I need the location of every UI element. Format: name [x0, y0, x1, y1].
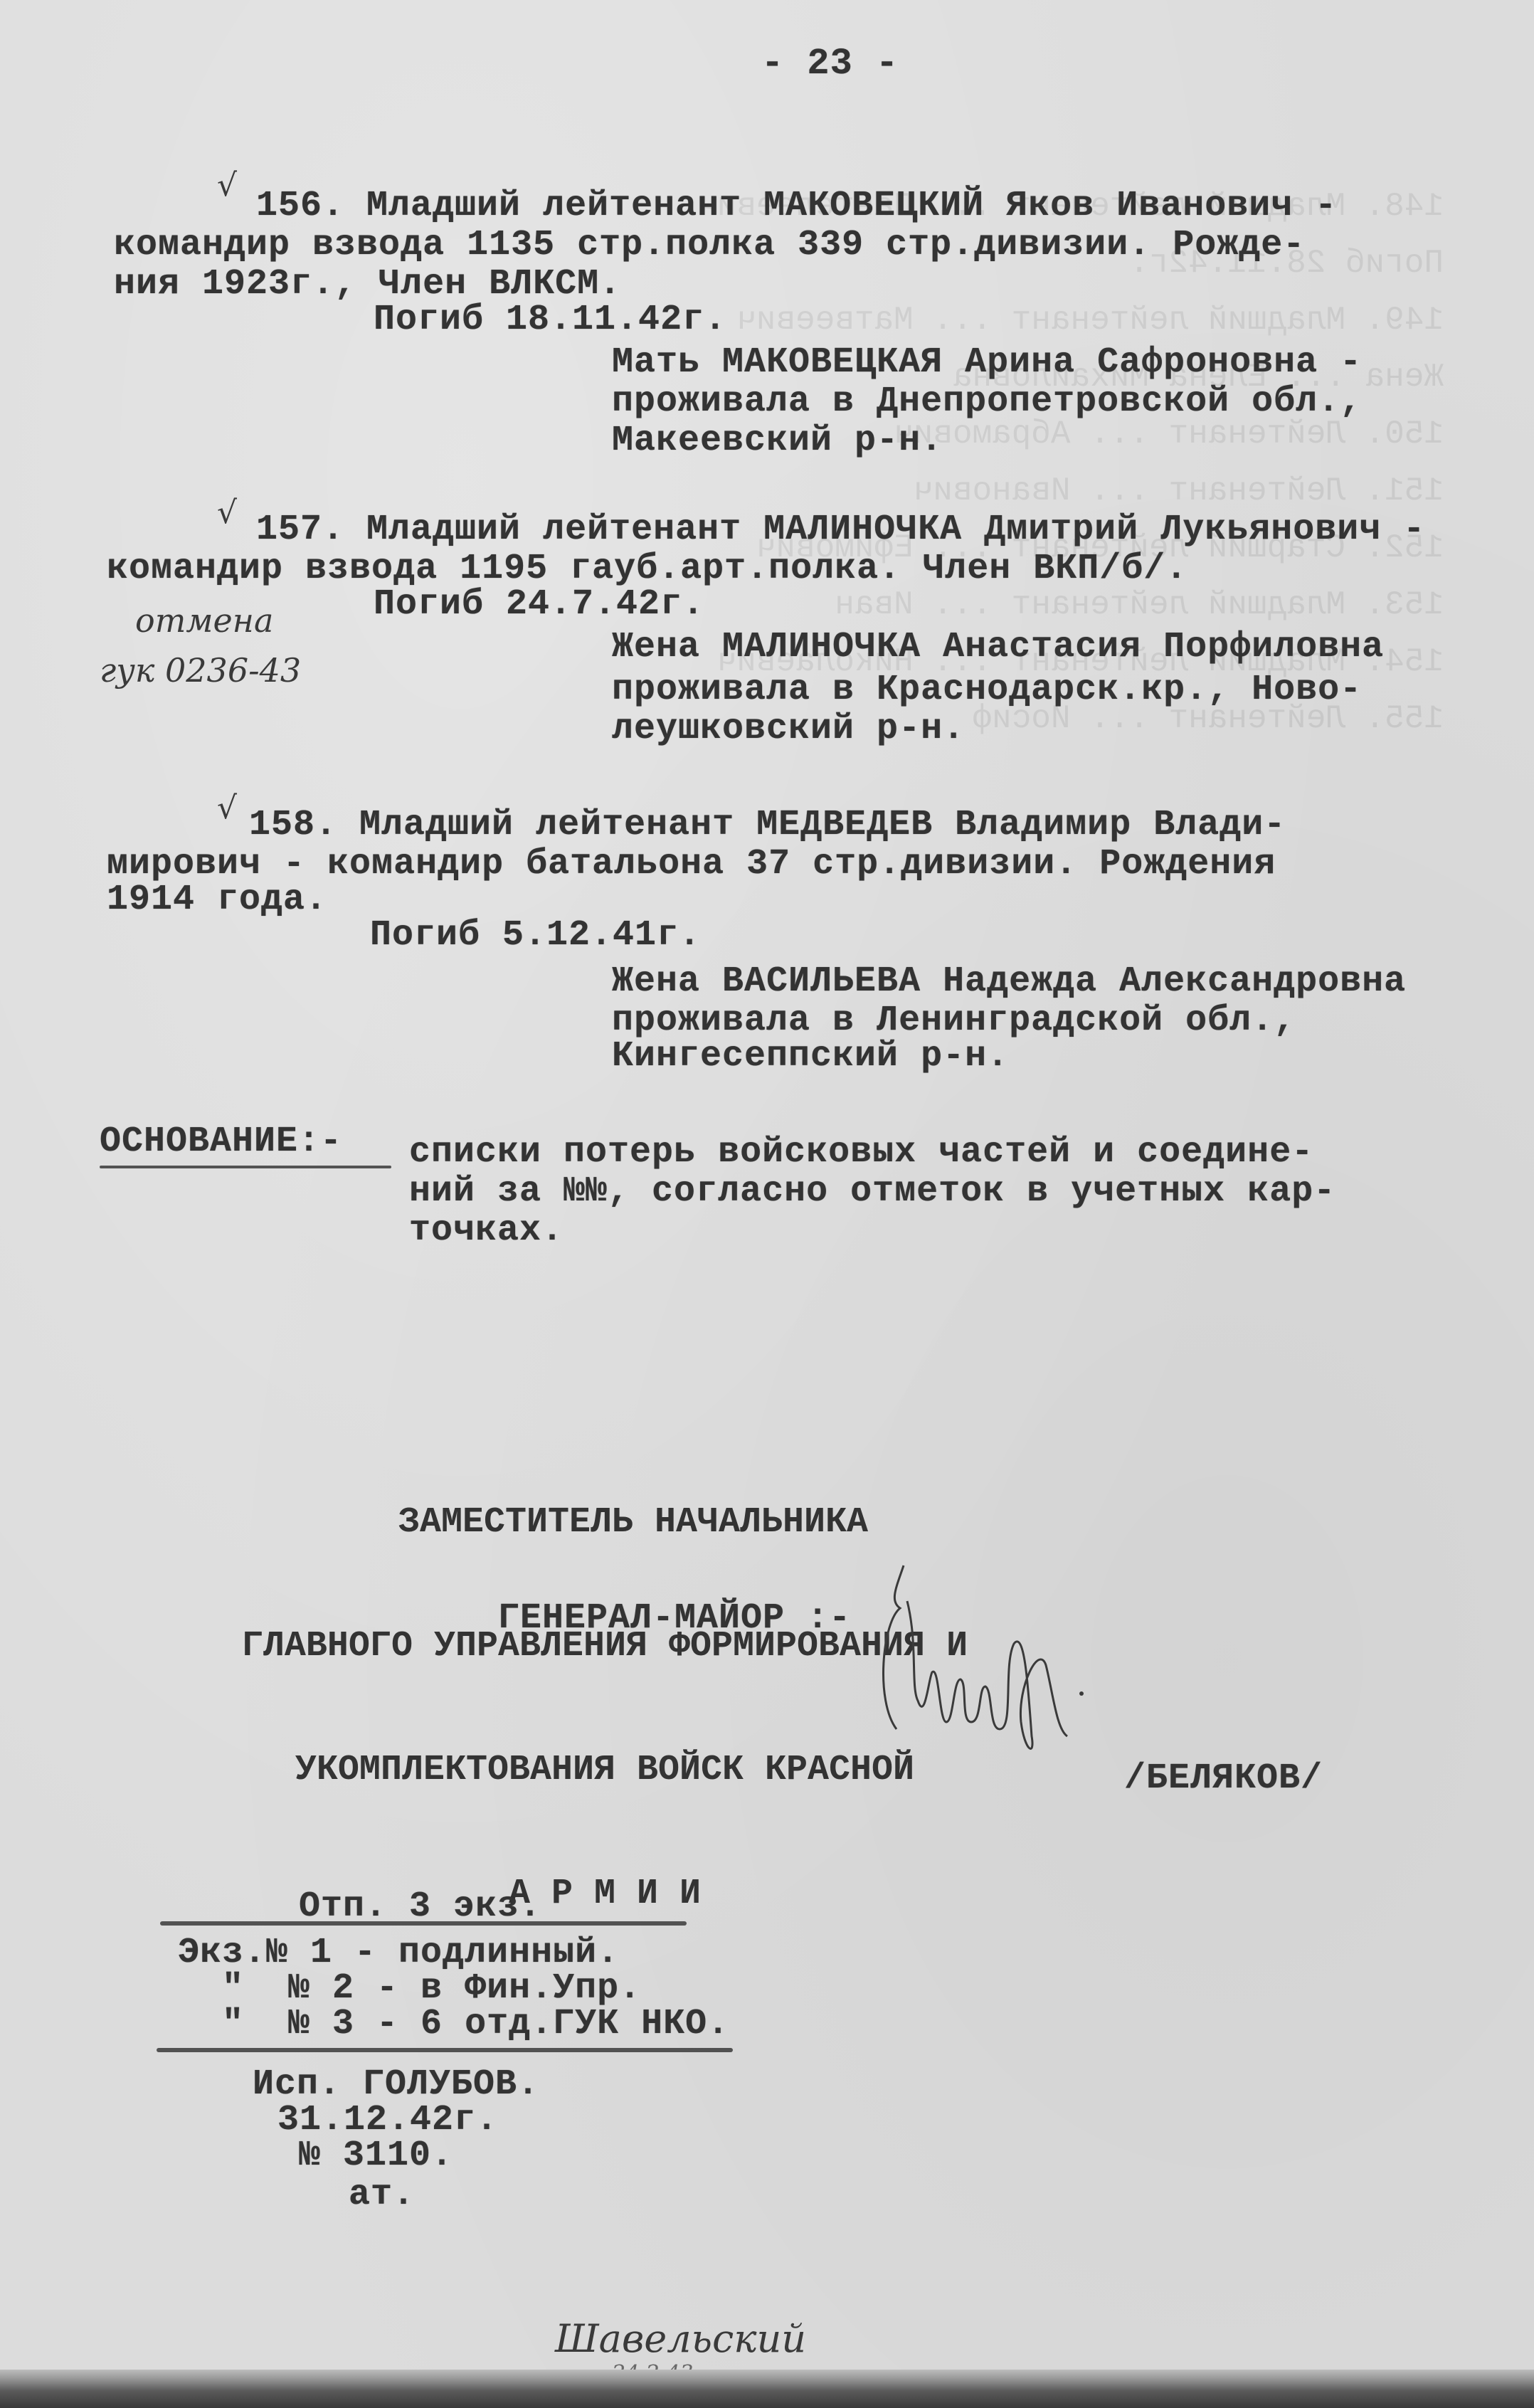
entry-line: 157. Младший лейтенант МАЛИНОЧКА Дмитрий…	[256, 509, 1425, 551]
distribution-rule-top	[160, 1921, 687, 1926]
relative-line: Жена МАЛИНОЧКА Анастасия Порфиловна	[612, 626, 1384, 669]
handwritten-note: гук 0236-43	[100, 651, 301, 690]
scan-bottom-edge	[0, 2370, 1534, 2408]
death-date: Погиб 5.12.41г.	[370, 914, 701, 957]
signatory-name: /БЕЛЯКОВ/	[1124, 1758, 1323, 1800]
check-mark-icon: √	[217, 167, 237, 204]
relative-line: Макеевский р-н.	[612, 420, 943, 463]
death-date: Погиб 24.7.42г.	[374, 583, 704, 626]
distribution-rule-bottom	[157, 2048, 733, 2052]
relative-line: Кингесеппский р-н.	[612, 1035, 1009, 1078]
entry-line: командир взвода 1135 стр.полка 339 стр.д…	[114, 224, 1305, 267]
check-mark-icon: √	[217, 790, 237, 826]
entry-line: 156. Младший лейтенант МАКОВЕЦКИЙ Яков И…	[256, 185, 1337, 228]
signatory-rank: ГЕНЕРАЛ-МАЙОР :-	[498, 1598, 851, 1640]
relative-line: Жена ВАСИЛЬЕВА Надежда Александровна	[612, 961, 1406, 1003]
death-date: Погиб 18.11.42г.	[374, 299, 726, 342]
page-number: - 23 -	[761, 43, 899, 85]
basis-label: ОСНОВАНИЕ:-	[100, 1121, 342, 1163]
document-number: № 3110.	[299, 2135, 453, 2177]
relative-line: проживала в Краснодарск.кр., Ново-	[612, 669, 1362, 712]
document-page: 148. Младший лейтенант ... Пантелеевич П…	[0, 0, 1534, 2370]
title-line: ЗАМЕСТИТЕЛЬ НАЧАЛЬНИКА	[142, 1502, 1067, 1543]
entry-line: 1914 года.	[107, 879, 327, 922]
basis-line: точках.	[409, 1210, 564, 1252]
basis-line: списки потерь войсковых частей и соедине…	[409, 1131, 1313, 1174]
title-line: А Р М И И	[142, 1874, 1067, 1915]
handwritten-footer: Шавельский	[555, 2316, 806, 2361]
relative-line: леушковский р-н.	[612, 708, 965, 751]
relative-line: проживала в Днепропетровской обл.,	[612, 381, 1362, 423]
basis-line: ний за №№, согласно отметок в учетных ка…	[409, 1171, 1335, 1213]
relative-line: Мать МАКОВЕЦКАЯ Арина Сафроновна -	[612, 342, 1362, 384]
basis-underline	[100, 1166, 391, 1168]
handwritten-note: отмена	[135, 601, 273, 640]
check-mark-icon: √	[217, 495, 237, 531]
typist-initials: ат.	[349, 2174, 415, 2217]
entry-line: 158. Младший лейтенант МЕДВЕДЕВ Владимир…	[249, 804, 1286, 847]
copy-line: " № 3 - 6 отд.ГУК НКО.	[178, 2003, 729, 2046]
